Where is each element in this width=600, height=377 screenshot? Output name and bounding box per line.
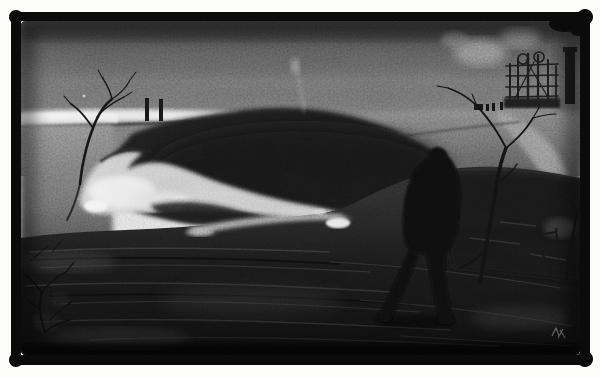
grain-overlay [21, 21, 580, 355]
frame-blemish [569, 18, 587, 36]
etching-artwork: Dark mining landscape with a lone walkin… [0, 0, 600, 377]
bottom-shade [21, 344, 580, 356]
frame-corner [9, 10, 23, 24]
etching-page: Dark mining landscape with a lone walkin… [0, 0, 600, 377]
frame-corner [577, 351, 593, 367]
frame-corner [9, 353, 23, 367]
